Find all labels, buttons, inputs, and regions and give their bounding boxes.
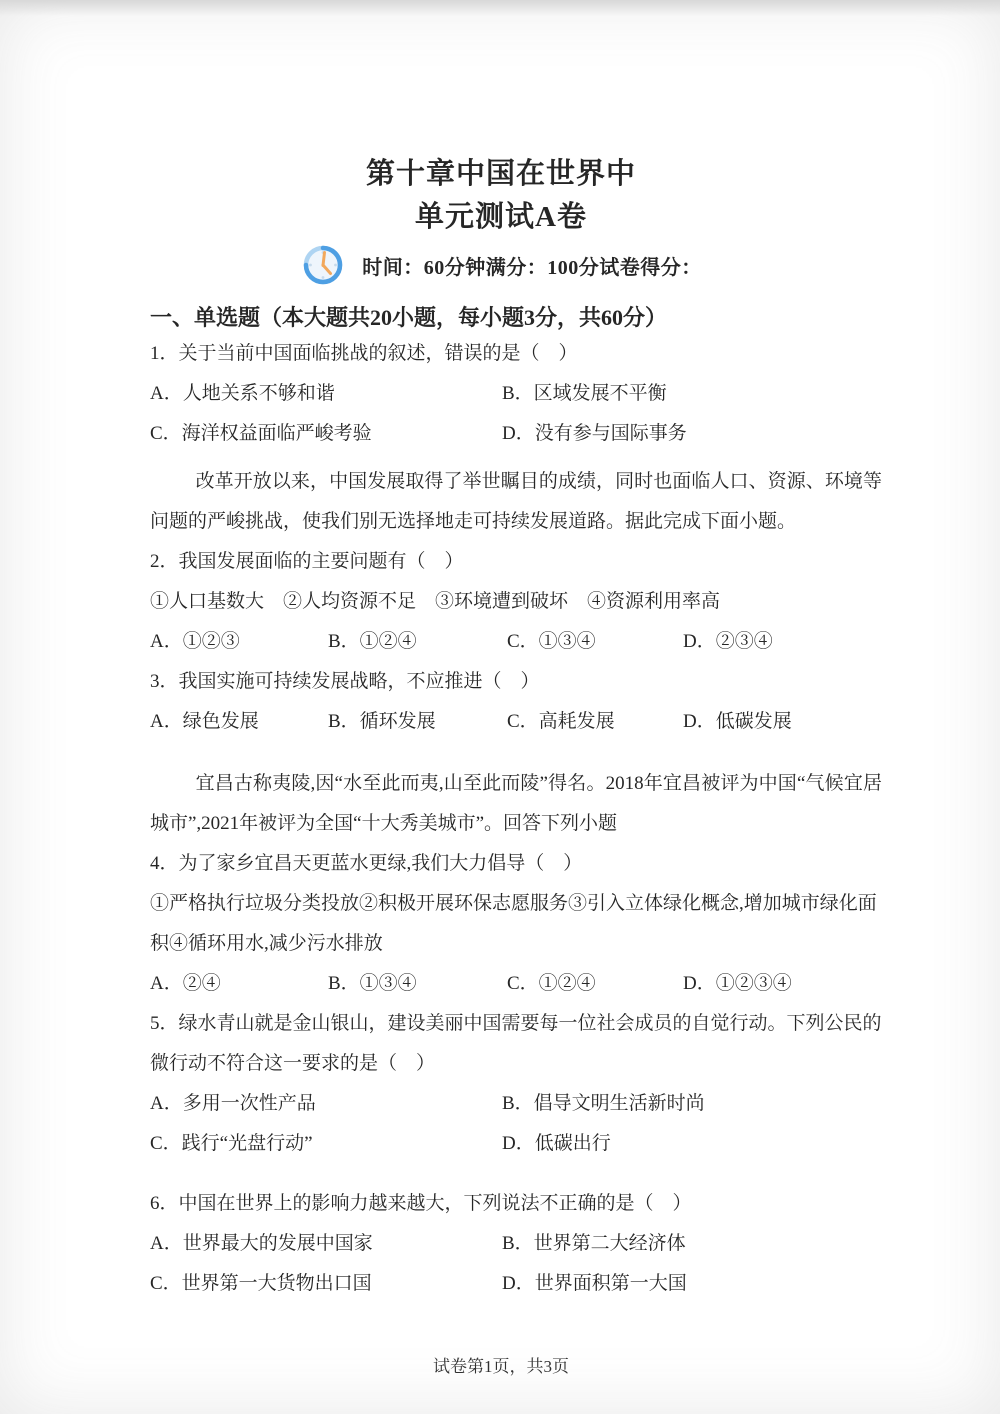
question-3-option-a: A．绿色发展: [150, 702, 328, 742]
page-subtitle: 单元测试A卷: [120, 198, 882, 236]
passage-2: 宜昌古称夷陵,因“水至此而夷,山至此而陵”得名。2018年宜昌被评为中国“气候宜…: [150, 764, 882, 844]
question-1-stem: 1．关于当前中国面临挑战的叙述，错误的是（ ）: [150, 334, 882, 374]
clock-icon: [300, 242, 346, 288]
question-5: 5．绿水青山就是金山银山，建设美丽中国需要每一位社会成员的自觉行动。下列公民的微…: [150, 1004, 882, 1164]
question-2-stem: 2．我国发展面临的主要问题有（ ）: [150, 542, 882, 582]
passage-1: 改革开放以来，中国发展取得了举世瞩目的成绩，同时也面临人口、资源、环境等问题的严…: [150, 462, 882, 542]
question-2-option-b: B．①②④: [328, 622, 507, 662]
question-3: 3．我国实施可持续发展战略，不应推进（ ） A．绿色发展 B．循环发展 C．高耗…: [150, 662, 882, 742]
question-4-options: A．②④ B．①③④ C．①②④ D．①②③④: [150, 964, 882, 1004]
question-3-option-c: C．高耗发展: [507, 702, 683, 742]
question-2-items: ①人口基数大 ②人均资源不足 ③环境遭到破坏 ④资源利用率高: [150, 582, 882, 622]
exam-header: 第十章中国在世界中 单元测试A卷: [120, 155, 882, 236]
question-1-option-d: D．没有参与国际事务: [502, 414, 882, 454]
question-3-option-d: D．低碳发展: [683, 702, 882, 742]
question-2-options: A．①②③ B．①②④ C．①③④ D．②③④: [150, 622, 882, 662]
exam-document: 第十章中国在世界中 单元测试A卷 时间：60分钟满分：100分试卷得分：: [0, 0, 1000, 1378]
question-5-option-c: C．践行“光盘行动”: [150, 1124, 502, 1164]
exam-page: 第十章中国在世界中 单元测试A卷 时间：60分钟满分：100分试卷得分：: [0, 0, 1000, 1414]
question-1-option-a: A．人地关系不够和谐: [150, 374, 502, 414]
question-4: 4．为了家乡宜昌天更蓝水更绿,我们大力倡导（ ） ①严格执行垃圾分类投放②积极开…: [150, 844, 882, 1004]
question-1-option-b: B．区域发展不平衡: [502, 374, 882, 414]
question-5-options: A．多用一次性产品 B．倡导文明生活新时尚 C．践行“光盘行动” D．低碳出行: [150, 1084, 882, 1164]
question-6-option-d: D．世界面积第一大国: [502, 1264, 882, 1304]
question-3-options: A．绿色发展 B．循环发展 C．高耗发展 D．低碳发展: [150, 702, 882, 742]
question-6: 6．中国在世界上的影响力越来越大，下列说法不正确的是（ ） A．世界最大的发展中…: [150, 1184, 882, 1304]
question-1: 1．关于当前中国面临挑战的叙述，错误的是（ ） A．人地关系不够和谐 B．区域发…: [150, 334, 882, 454]
question-2: 2．我国发展面临的主要问题有（ ） ①人口基数大 ②人均资源不足 ③环境遭到破坏…: [150, 542, 882, 662]
question-4-option-c: C．①②④: [507, 964, 683, 1004]
question-2-option-a: A．①②③: [150, 622, 328, 662]
question-6-option-a: A．世界最大的发展中国家: [150, 1224, 502, 1264]
question-3-option-b: B．循环发展: [328, 702, 507, 742]
question-6-option-b: B．世界第二大经济体: [502, 1224, 882, 1264]
question-6-option-c: C．世界第一大货物出口国: [150, 1264, 502, 1304]
question-2-option-c: C．①③④: [507, 622, 683, 662]
question-6-stem: 6．中国在世界上的影响力越来越大，下列说法不正确的是（ ）: [150, 1184, 882, 1224]
question-4-stem: 4．为了家乡宜昌天更蓝水更绿,我们大力倡导（ ）: [150, 844, 882, 884]
question-4-option-a: A．②④: [150, 964, 328, 1004]
question-1-option-c: C．海洋权益面临严峻考验: [150, 414, 502, 454]
page-footer: 试卷第1页，共3页: [120, 1356, 882, 1378]
question-6-options: A．世界最大的发展中国家 B．世界第二大经济体 C．世界第一大货物出口国 D．世…: [150, 1224, 882, 1304]
question-2-option-d: D．②③④: [683, 622, 882, 662]
page-title: 第十章中国在世界中: [120, 155, 882, 193]
question-4-option-b: B．①③④: [328, 964, 507, 1004]
question-3-stem: 3．我国实施可持续发展战略，不应推进（ ）: [150, 662, 882, 702]
question-4-option-d: D．①②③④: [683, 964, 882, 1004]
question-1-options: A．人地关系不够和谐 B．区域发展不平衡 C．海洋权益面临严峻考验 D．没有参与…: [150, 374, 882, 454]
question-5-option-d: D．低碳出行: [502, 1124, 882, 1164]
section-header: 一、单选题（本大题共20小题，每小题3分，共60分）: [150, 302, 882, 334]
question-4-items: ①严格执行垃圾分类投放②积极开展环保志愿服务③引入立体绿化概念,增加城市绿化面积…: [150, 884, 882, 964]
exam-meta-row: 时间：60分钟满分：100分试卷得分：: [120, 238, 882, 292]
exam-meta-text: 时间：60分钟满分：100分试卷得分：: [362, 251, 702, 280]
question-5-option-a: A．多用一次性产品: [150, 1084, 502, 1124]
question-5-stem: 5．绿水青山就是金山银山，建设美丽中国需要每一位社会成员的自觉行动。下列公民的微…: [150, 1004, 882, 1084]
question-5-option-b: B．倡导文明生活新时尚: [502, 1084, 882, 1124]
